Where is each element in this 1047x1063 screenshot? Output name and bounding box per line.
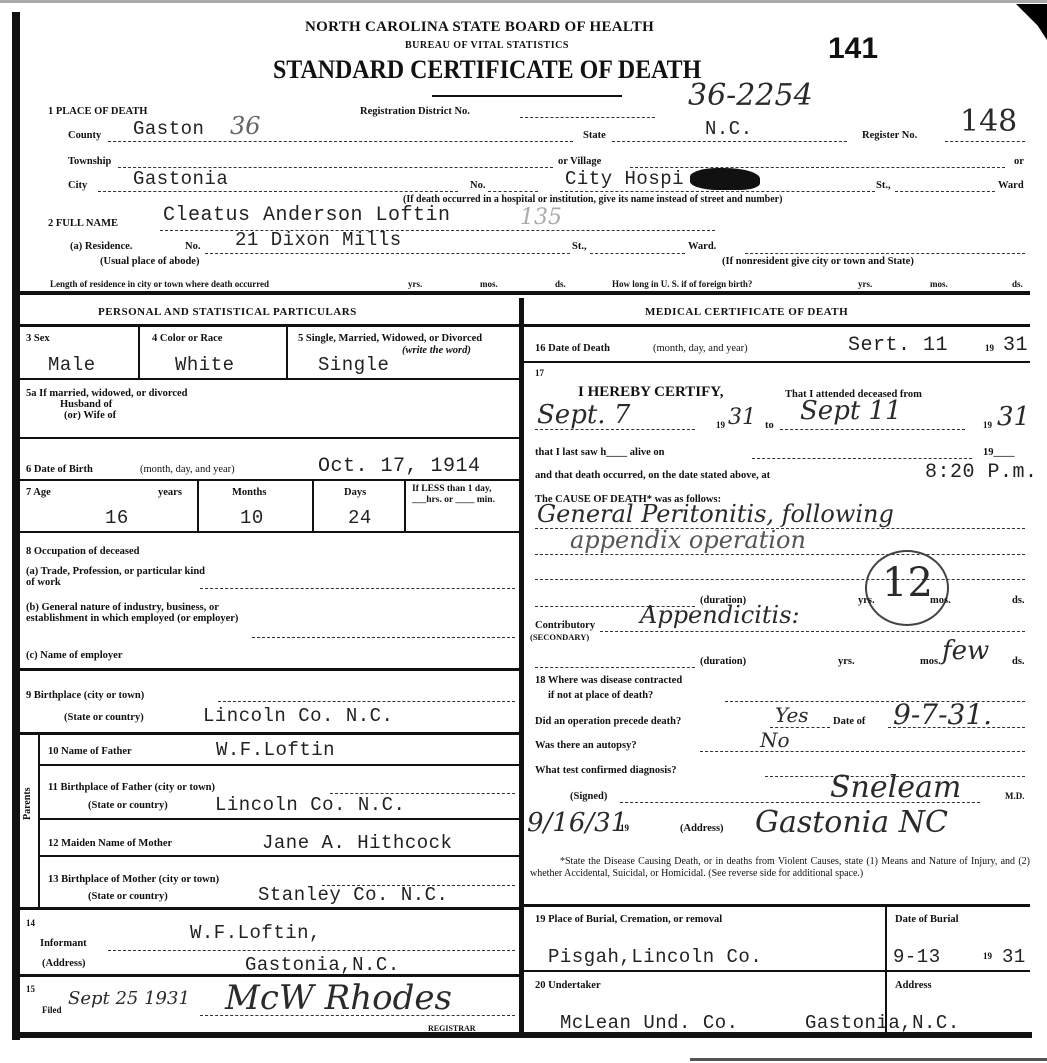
footnote-rule [524, 904, 1030, 907]
cause-line-2: appendix operation [570, 526, 806, 554]
registration-district-label: Registration District No. [360, 106, 470, 117]
cause-line-1: General Peritonitis, following [537, 500, 894, 528]
last-saw-field[interactable] [752, 457, 972, 459]
register-value: 148 [960, 104, 1017, 139]
nonresident-note: (If nonresident give city or town and St… [722, 256, 914, 267]
parents-divider [38, 735, 40, 907]
operation-value: Yes [775, 703, 809, 727]
age-label: 7 Age [26, 487, 51, 498]
county-value: Gaston [133, 118, 204, 140]
row-rule-6 [20, 732, 519, 735]
st-label: St., [876, 180, 891, 191]
foreign-ds: ds. [1012, 279, 1023, 289]
filed-label: Filed [42, 1005, 62, 1015]
duration-2-label: (duration) [700, 656, 746, 667]
duration-2-mos: mos. [920, 656, 941, 667]
street-field[interactable] [560, 190, 875, 192]
state-field[interactable] [612, 140, 847, 142]
row-rule-3 [20, 479, 519, 481]
sign-date: 9/16/31 [527, 808, 627, 838]
personal-header-rule [20, 324, 519, 327]
full-name-value: Cleatus Anderson Loftin [163, 204, 451, 227]
residence-no-label: No. [185, 241, 200, 252]
no-label: No. [470, 180, 485, 191]
full-name-margin-note: 135 [520, 205, 562, 230]
item18-label: 18 Where was disease contracted [535, 675, 682, 686]
less-than-day-label: If LESS than 1 day, ___hrs. or ____ min. [412, 484, 516, 506]
op-date-label: Date of [833, 716, 865, 727]
residence-label: (a) Residence. [70, 241, 132, 252]
years-label: years [158, 487, 182, 498]
row-rule-2 [20, 437, 519, 439]
informant-address-value: Gastonia,N.C. [245, 954, 400, 976]
length-residence-label: Length of residence in city or town wher… [50, 279, 269, 289]
birthplace-label: 9 Birthplace (city or town) [26, 690, 144, 701]
physician-signature: Sneleam [830, 770, 961, 805]
dod-rule [524, 361, 1030, 363]
autopsy-field[interactable] [700, 750, 1025, 752]
last-saw-19: 19____ [983, 447, 1015, 458]
occurred-label: and that death occurred, on the date sta… [535, 470, 770, 481]
city-value: Gastonia [133, 168, 228, 190]
md-label: M.D. [1005, 791, 1025, 801]
no-field[interactable] [488, 190, 538, 192]
signed-label: (Signed) [570, 791, 607, 802]
row-rule-5 [20, 668, 519, 671]
informant-address-label: (Address) [42, 958, 86, 969]
scan-bottom-edge [690, 1058, 1047, 1061]
village-label: or Village [558, 156, 601, 167]
from-year: 31 [728, 405, 756, 430]
length-ds: ds. [555, 279, 566, 289]
ward-label: Ward [998, 180, 1024, 191]
dob-value: Oct. 17, 1914 [318, 455, 481, 478]
nonresident-field[interactable] [745, 252, 1025, 254]
city-label: City [68, 180, 87, 191]
sex-race-divider [138, 327, 140, 379]
item18-sub: if not at place of death? [548, 690, 653, 701]
medical-section-title: MEDICAL CERTIFICATE OF DEATH [645, 306, 848, 318]
to-label: to [765, 420, 774, 431]
cause-footnote: *State the Disease Causing Death, or in … [530, 856, 1030, 880]
physician-address: Gastonia NC [755, 805, 948, 840]
state-value: N.C. [705, 118, 753, 140]
physician-address-label: (Address) [680, 823, 724, 834]
state-label: State [583, 130, 606, 141]
duration-2-field[interactable] [535, 666, 695, 668]
dod-year: 31 [1003, 334, 1028, 357]
county-label: County [68, 130, 101, 141]
race-value: White [175, 354, 235, 376]
days-label: Days [344, 487, 366, 498]
father-bp-state-label: (State or country) [88, 800, 168, 811]
section-divider [519, 298, 524, 1036]
to-year: 31 [997, 402, 1030, 432]
age-divider-2 [312, 481, 314, 531]
birthplace-city-field[interactable] [218, 700, 515, 702]
last-saw-label: that I last saw h____ alive on [535, 447, 665, 458]
attended-to-field[interactable] [780, 428, 965, 430]
row-rule-9 [40, 855, 519, 857]
dod-label: 16 Date of Death [535, 343, 610, 354]
length-yrs: yrs. [408, 279, 422, 289]
foreign-birth-label: How long in U. S. if of foreign birth? [612, 279, 752, 289]
burial-year: 31 [1002, 946, 1026, 968]
mother-value: Jane A. Hithcock [262, 832, 452, 854]
marital-value: Single [318, 354, 389, 376]
row-rule-10 [20, 907, 519, 910]
father-label: 10 Name of Father [48, 746, 132, 757]
mother-label: 12 Maiden Name of Mother [48, 838, 172, 849]
certify-heading: I HEREBY CERTIFY, [578, 384, 723, 401]
full-name-label: 2 FULL NAME [48, 218, 118, 229]
race-label: 4 Color or Race [152, 333, 222, 344]
row-rule-11 [20, 974, 519, 977]
foreign-mos: mos. [930, 279, 948, 289]
stamp-number: 141 [828, 32, 878, 66]
duration-2-ds: ds. [1012, 656, 1025, 667]
duration-2-value: few [942, 636, 989, 666]
informant-number: 14 [26, 918, 35, 928]
medical-header-rule [524, 324, 1030, 327]
age-months-value: 10 [240, 507, 264, 529]
autopsy-label: Was there an autopsy? [535, 740, 637, 751]
duration-1-mos: mos. [930, 595, 951, 606]
dod-19: 19 [985, 343, 994, 353]
hospital-note: (If death occurred in a hospital or inst… [403, 194, 782, 205]
age-divider-1 [197, 481, 199, 531]
registrar-signature: McW Rhodes [225, 978, 452, 1018]
redaction-blot [690, 168, 760, 190]
village-field[interactable] [630, 166, 1005, 168]
duration-1-yrs: yrs. [858, 595, 875, 606]
burial-19: 19 [983, 951, 992, 961]
usual-abode-label: (Usual place of abode) [100, 256, 199, 267]
dod-value: Sert. 11 [848, 334, 948, 357]
burial-date-value: 9-13 [893, 946, 941, 968]
age-years-value: 16 [105, 507, 129, 529]
informant-value: W.F.Loftin, [190, 922, 321, 944]
certificate-title: STANDARD CERTIFICATE OF DEATH [273, 55, 701, 85]
race-marital-divider [286, 327, 288, 379]
occupation-b-field[interactable] [252, 636, 515, 638]
occupation-c-label: (c) Name of employer [26, 650, 123, 661]
occupation-b-label: (b) General nature of industry, business… [26, 602, 256, 624]
institution-value: City Hospi [565, 168, 684, 190]
from-19: 19 [716, 420, 725, 430]
father-bp-label: 11 Birthplace of Father (city or town) [48, 782, 215, 793]
attended-to-date: Sept 11 [800, 396, 902, 426]
undertaker-value: McLean Und. Co. [560, 1012, 739, 1034]
residence-field[interactable] [205, 252, 570, 254]
dob-label: 6 Date of Birth [26, 464, 93, 475]
wife-label: (or) Wife of [64, 410, 116, 421]
row-rule-1 [20, 378, 519, 380]
operation-label: Did an operation precede death? [535, 716, 681, 727]
age-divider-3 [404, 481, 406, 531]
scan-top-edge [0, 0, 1047, 3]
personal-section-title: PERSONAL AND STATISTICAL PARTICULARS [98, 306, 357, 318]
informant-field[interactable] [108, 949, 515, 951]
autopsy-value: No [760, 728, 790, 752]
register-field[interactable] [945, 140, 1025, 142]
marital-label: 5 Single, Married, Widowed, or Divorced [298, 333, 508, 345]
death-certificate: NORTH CAROLINA STATE BOARD OF HEALTH BUR… [0, 0, 1047, 1063]
registrar-label: REGISTRAR [428, 1024, 476, 1033]
bureau-title: BUREAU OF VITAL STATISTICS [405, 40, 569, 51]
place-of-death-label: 1 PLACE OF DEATH [48, 106, 147, 117]
foreign-yrs: yrs. [858, 279, 872, 289]
residence-ward-label: Ward. [688, 241, 716, 252]
mother-bp-value: Stanley Co. N.C. [258, 884, 448, 906]
marital-note: (write the word) [402, 345, 471, 356]
duration-1-ds: ds. [1012, 595, 1025, 606]
sign-19: 19 [620, 823, 629, 833]
residence-st-label: St., [572, 241, 587, 252]
register-label: Register No. [862, 130, 917, 141]
mother-bp-state-label: (State or country) [88, 891, 168, 902]
burial-date-label: Date of Burial [895, 914, 959, 925]
undertaker-label: 20 Undertaker [535, 980, 601, 991]
birthplace-state-label: (State or country) [64, 712, 144, 723]
informant-label: Informant [40, 938, 87, 949]
scan-corner-shadow [1016, 4, 1047, 40]
duration-2-yrs: yrs. [838, 656, 855, 667]
husband-label: Husband of [60, 399, 112, 410]
dod-note: (month, day, and year) [653, 343, 748, 354]
length-mos: mos. [480, 279, 498, 289]
row-rule-7 [40, 764, 519, 766]
township-label: Township [68, 156, 111, 167]
burial-rule [524, 970, 1030, 972]
attended-from-date: Sept. 7 [537, 400, 630, 430]
sex-value: Male [48, 354, 96, 376]
residence-ward-field[interactable] [590, 252, 685, 254]
circled-mark-text: 12 [882, 560, 933, 606]
residence-value: 21 Dixon Mills [235, 229, 402, 251]
mother-bp-label: 13 Birthplace of Mother (city or town) [48, 874, 219, 885]
test-label: What test confirmed diagnosis? [535, 765, 676, 776]
months-label: Months [232, 487, 266, 498]
cause-line-3-field[interactable] [535, 578, 1025, 580]
ward-field[interactable] [895, 190, 995, 192]
contributory-field[interactable] [600, 630, 1025, 632]
parents-side-label: Parents [22, 787, 33, 820]
burial-place-label: 19 Place of Burial, Cremation, or remova… [535, 914, 722, 925]
filed-number: 15 [26, 984, 35, 994]
filed-date: Sept 25 1931 [68, 988, 190, 1009]
title-rule [432, 95, 622, 97]
contributory-label: Contributory [535, 620, 595, 631]
to-19: 19 [983, 420, 992, 430]
spouse-label: 5a If married, widowed, or divorced [26, 388, 187, 399]
registration-district-field[interactable] [520, 116, 655, 118]
occupation-a-field[interactable] [200, 587, 515, 589]
row-rule-4 [20, 531, 519, 533]
burial-place-value: Pisgah,Lincoln Co. [548, 946, 762, 968]
board-title: NORTH CAROLINA STATE BOARD OF HEALTH [305, 19, 654, 36]
sex-label: 3 Sex [26, 333, 50, 344]
row-rule-8 [40, 818, 519, 820]
occupation-a-label: (a) Trade, Profession, or particular kin… [26, 566, 216, 588]
secondary-label: (SECONDARY) [530, 632, 589, 642]
occupation-label: 8 Occupation of deceased [26, 546, 139, 557]
left-border [12, 12, 20, 1040]
contributory-value: Appendicitis: [640, 601, 800, 629]
age-days-value: 24 [348, 507, 372, 529]
file-number: 36-2254 [688, 78, 813, 113]
city-field[interactable] [98, 190, 458, 192]
county-field[interactable] [108, 140, 573, 142]
or-label: or [1014, 156, 1024, 167]
item-17: 17 [535, 368, 544, 378]
undertaker-address-label: Address [895, 980, 932, 991]
birthplace-value: Lincoln Co. N.C. [203, 705, 393, 727]
dob-note: (month, day, and year) [140, 464, 235, 475]
undertaker-address-value: Gastonia,N.C. [805, 1012, 960, 1034]
father-value: W.F.Loftin [216, 739, 335, 761]
op-date-value: 9-7-31. [893, 698, 992, 731]
father-bp-value: Lincoln Co. N.C. [215, 794, 405, 816]
residence-rule [20, 291, 1030, 295]
county-code: 36 [230, 112, 261, 140]
death-time: 8:20 P.m. [925, 461, 1038, 484]
